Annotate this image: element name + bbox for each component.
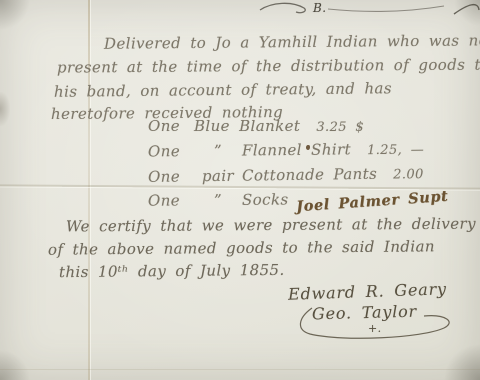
item-ditto: ” <box>194 191 242 209</box>
item-quantity: One <box>148 142 194 160</box>
opening-line-1: Delivered to Jo a Yamhill Indian who was… <box>104 31 480 52</box>
edge-smudge <box>0 92 10 126</box>
item-quantity: One <box>148 167 194 186</box>
pen-flourish-icon <box>258 0 480 20</box>
item-ditto: ” <box>194 141 242 160</box>
item-unit: pair <box>194 167 242 186</box>
item-price: 1.25, — <box>367 143 424 159</box>
certification-line-3: this 10ᵗʰ day of July 1855. <box>59 261 285 281</box>
voucher-item-row: OneBlue Blanket3.25 $ <box>148 117 364 135</box>
item-quantity: One <box>148 191 194 209</box>
manuscript-page: B. Delivered to Jo a Yamhill Indian who … <box>0 0 480 380</box>
item-description: Blue Blanket <box>194 117 300 135</box>
horizontal-fold-crease-lower <box>0 369 480 370</box>
certification-line-1: We certify that we were present at the d… <box>66 215 476 236</box>
vertical-fold-crease <box>88 0 90 380</box>
item-description: Socks <box>242 190 289 208</box>
item-price: 2.00 <box>393 167 424 182</box>
voucher-item-row: One”Flannel Shirt1.25, — <box>148 140 424 161</box>
certification-line-2: of the above named goods to the said Ind… <box>48 237 435 258</box>
signature-flourish-icon <box>296 300 456 340</box>
item-description: Flannel Shirt <box>242 140 351 159</box>
opening-line-2: present at the time of the distribution … <box>57 55 480 76</box>
opening-line-3: his band, on account of treaty, and has <box>54 79 392 101</box>
countersign-joel-palmer: Joel Palmer Supt <box>296 188 449 216</box>
voucher-item-row: One”Socks <box>148 190 305 209</box>
top-page-mark: B. <box>313 1 326 15</box>
voucher-item-row: OnepairCottonade Pants2.00 <box>148 164 424 186</box>
item-description: Cottonade Pants <box>242 165 377 185</box>
horizontal-fold-crease <box>0 184 480 189</box>
item-price: 3.25 $ <box>316 120 364 135</box>
item-quantity: One <box>148 117 194 135</box>
